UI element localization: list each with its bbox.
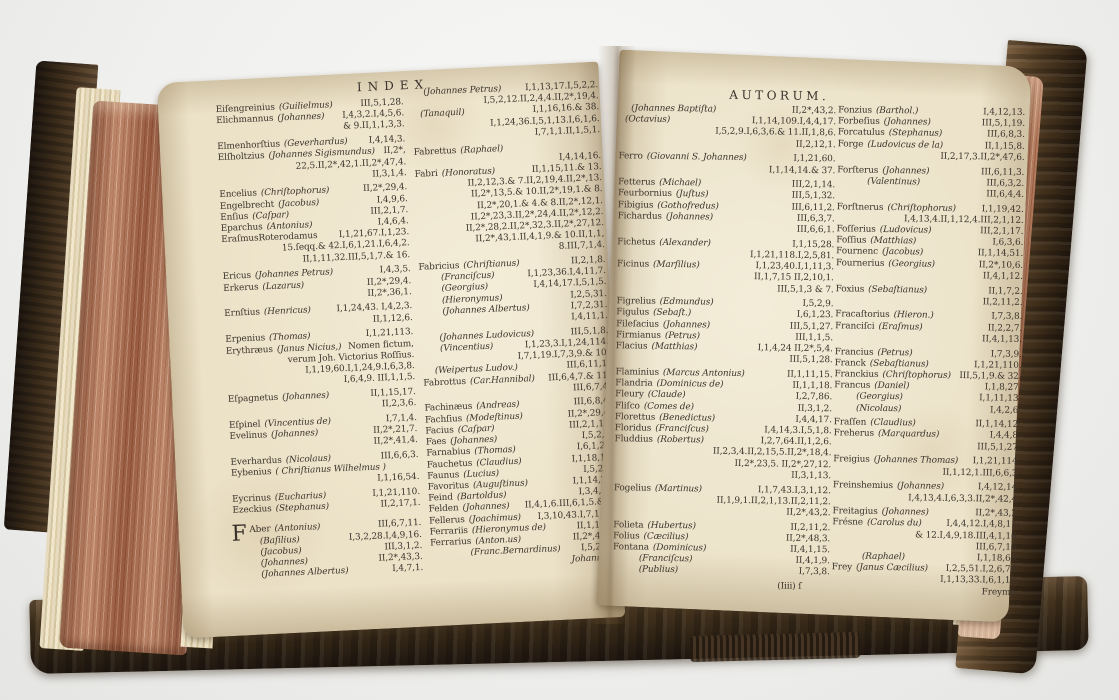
index-entry-line: II,1,12,1.III,6,6,3. [833, 466, 1020, 480]
entry-references: I,1,21,114. [973, 457, 1021, 469]
entry-forename-italic: (Johannes) [882, 165, 929, 177]
entry-references: III,5,1,3 & 7. [777, 284, 834, 296]
entry-references: 8.III,7,1,4. [559, 240, 605, 253]
entry-references: II,2*,41,4. [373, 435, 418, 448]
entry-surname: Fluddius [614, 434, 653, 446]
entry-references: I,1,18,69. [977, 553, 1019, 565]
left-page-column-1: Eiſengreinius(Guilielmus)III,5,1,28.Elic… [216, 97, 424, 582]
entry-surname: Forſterus [837, 165, 878, 177]
entry-name-group: (Nicolaus) [856, 403, 905, 415]
entry-surname: Fleury [615, 390, 644, 402]
entry-forename-italic: (Michael) [659, 178, 701, 190]
entry-forename-italic: (Johannes) [666, 212, 713, 224]
entry-surname: Aber [249, 525, 271, 537]
entry-forename-italic: (Benedictus) [659, 413, 715, 425]
entry-references: II,4,1,9. [795, 556, 829, 568]
entry-surname: Faes [426, 437, 447, 449]
entry-forename-italic: (Stephanus) [889, 128, 943, 140]
entry-forename-italic: (Raphael) [862, 552, 905, 564]
entry-references: III,6,3,7. [797, 214, 835, 226]
entry-references: I,1,21,110. [974, 360, 1022, 372]
entry-references: III,5,1,28. [789, 355, 832, 367]
entry-references: III,6,11,2. [791, 202, 834, 214]
entry-references: Freymo- [982, 587, 1019, 599]
entry-surname: Folieta [613, 520, 643, 532]
entry-forename-italic: (Octavius) [625, 115, 670, 127]
index-entry-line: III,6,6,1. [617, 222, 834, 236]
entry-references: I,1,11,13. [979, 394, 1021, 406]
index-entry-line: (Nicolaus)I,4,2,6. [834, 403, 1021, 417]
entry-surname: Fournenc [836, 247, 878, 259]
entry-forename-italic: (Gothofredus) [657, 200, 719, 212]
entry-references: II,3,1,2. [798, 403, 832, 415]
entry-forename-italic: (Marſilius) [653, 260, 700, 272]
entry-forename-italic: (Johannes Albertus) [261, 566, 349, 581]
index-entry-line: III,5,1,27. [833, 440, 1020, 454]
entry-references: II,2,3,6. [382, 398, 417, 411]
entry-references: II,2*,36,1. [367, 287, 412, 300]
entry-surname: Firmianus [616, 330, 661, 342]
entry-surname: Frésne [832, 518, 863, 530]
entry-references: III,5,1,27. [790, 321, 833, 333]
entry-forename-italic: (Hieron.) [894, 311, 934, 323]
entry-references: I,7,3,9. [991, 349, 1022, 361]
entry-surname: Fetterus [618, 177, 655, 189]
entry-references: I,6,3,6. [992, 238, 1023, 250]
entry-surname: Flacius [616, 341, 648, 353]
entry-references: (Iiii) ſ [777, 582, 801, 594]
entry-references: II,4,1,13. [982, 334, 1022, 346]
entry-name-group: (Johannes Albertus) [261, 566, 353, 581]
entry-name-group: (Valentinus) [867, 176, 924, 188]
index-entry-line: II,2*,43,2. [613, 505, 830, 519]
entry-forename-italic: (Publius) [639, 565, 678, 577]
entry-references: I,1,16,54. [377, 472, 419, 485]
entry-forename-italic: (Georgius) [856, 392, 903, 404]
entry-forename-italic: (Juſtus) [676, 189, 709, 201]
entry-references: II,2,17,3.II,2*,47,6. [940, 152, 1024, 164]
entry-forename-italic: (Marquardus) [878, 429, 939, 441]
entry-references: I,6,4,9. III,1,1,5. [344, 372, 416, 386]
entry-forename-italic: (Eraſmus) [878, 322, 922, 334]
index-entry-line: Freymo- [831, 585, 1018, 599]
entry-forename-italic: (Matthias) [651, 342, 697, 354]
entry-references: II,2*,43,2. [975, 508, 1019, 520]
entry-surname: Foſſius [836, 236, 866, 248]
entry-surname: Fraſſen [834, 418, 867, 430]
index-entry-line: (Publius)I,7,3,8. [613, 565, 830, 579]
entry-references: III,5,1,27. [977, 442, 1020, 454]
entry-references: II,1,11,15. [787, 370, 833, 382]
entry-references: I,4,14,3.I,5,1,8. [764, 425, 832, 437]
entry-references: III,1,1,5. [795, 333, 833, 345]
entry-forename-italic: (Alexander) [659, 238, 711, 250]
entry-references: & 9.II,1,1,3,3. [343, 120, 405, 134]
entry-references: II,3,1,4. [372, 168, 407, 181]
entry-surname: Fibigius [618, 200, 654, 212]
entry-forename-italic: (Sebaſt.) [653, 308, 691, 320]
entry-surname: Ezeckius [232, 504, 272, 517]
entry-references: III,6,3,2. [986, 178, 1024, 190]
entry-forename-italic: (Jacobus) [882, 247, 923, 259]
entry-forename-italic: (Claude) [648, 390, 686, 402]
entry-surname: Fonzius [838, 105, 872, 117]
entry-references: I,1,19,42. [982, 204, 1024, 216]
entry-surname: Florettus [615, 412, 655, 424]
entry-references: II,4,1,15. [790, 545, 830, 557]
entry-surname: Foſſerius [836, 224, 875, 236]
entry-surname: Folius [613, 531, 640, 543]
entry-name-group: (Georgius) [856, 392, 907, 404]
entry-name-group: (Octavius) [625, 115, 674, 127]
index-entry-line: III,5,1,3 & 7. [617, 282, 834, 296]
entry-surname: Flaminius [615, 367, 659, 379]
index-entry-line: II,3,1,13. [614, 468, 831, 482]
entry-surname: Franckius [834, 369, 878, 381]
entry-references: II,2*,10,6. [979, 260, 1023, 272]
left-page: INDEX Eiſengreinius(Guilielmus)III,5,1,2… [157, 62, 626, 639]
entry-forename-italic: (Johannes) [663, 320, 710, 332]
entry-forename-italic: (Carolus du) [867, 518, 922, 530]
index-entry-line: II,2,12,1. [619, 137, 836, 151]
entry-references: II,2,11,2. [790, 522, 830, 534]
entry-references: III,6,6,1. [797, 225, 835, 237]
entry-references: II,2,12,1. [796, 139, 836, 151]
entry-surname: Fontana [613, 542, 649, 554]
entry-references: III,5,1,9.& 32. [959, 371, 1021, 383]
entry-references: II,2*,48,3. [786, 533, 830, 545]
entry-references: I,7,3,8. [991, 312, 1022, 324]
entry-references: II,3,1,13. [791, 470, 831, 482]
entry-references: III,5,1,19. [982, 119, 1025, 131]
entry-references: II,1,7,2. [988, 286, 1022, 298]
index-entry-line: III,6,4,4. [837, 187, 1024, 201]
entry-references: III,6,8,3. [987, 130, 1025, 142]
entry-references: II,2,2,7. [988, 323, 1022, 335]
entry-surname: Foxius [836, 284, 865, 296]
entry-forename-italic: (Chriſtophorus) [887, 203, 956, 215]
entry-references: III,2,1,17. [980, 226, 1023, 238]
entry-forename-italic: (Comes de) [644, 401, 694, 413]
entry-references: I,2,7,86. [796, 392, 833, 404]
entry-surname: Francius [835, 347, 874, 359]
entry-references: II,1,14,12. [975, 420, 1021, 432]
right-page-text: AUTORUM. (Johannes Baptiſta)II,2*,43,2.(… [604, 55, 1024, 617]
entry-surname: Fracaſtorius [835, 310, 889, 322]
entry-surname: Feurbornius [618, 189, 672, 201]
entry-references: II,1,14,51. [978, 249, 1024, 261]
book-spine-edge [690, 632, 861, 662]
entry-references: II,1,1,18. [792, 381, 832, 393]
entry-references: III,6,4,4. [986, 189, 1024, 201]
entry-references: II,1,12,1.III,6,6,3. [942, 467, 1020, 479]
index-entry-line: II,4,1,12. [836, 269, 1023, 283]
entry-forename-italic: (Matthias) [870, 236, 916, 248]
entry-surname: Frey [832, 562, 852, 573]
entry-references: I,4,13,4.I,6,3,3.II,2*,42,4. [908, 493, 1020, 506]
entry-surname: Ferro [618, 152, 642, 164]
entry-surname: Ficinus [617, 259, 649, 271]
right-page-column-2: Fonzius(Barthol.)I,4,12,13.Forbeſius(Joh… [831, 105, 1025, 598]
entry-surname: Fournerius [836, 258, 884, 270]
entry-references: I,7,1,1.II,1,5,1. [535, 125, 601, 139]
entry-surname: Francus [834, 380, 870, 392]
entry-name-group: (Raphael) [862, 552, 909, 564]
entry-name-group: (Publius) [639, 565, 682, 577]
right-page: AUTORUM. (Johannes Baptiſta)II,2*,43,2.(… [597, 50, 1032, 623]
entry-forename-italic: (Cæcilius) [643, 531, 688, 543]
entry-references: I,7,3,8. [799, 567, 830, 579]
entry-references: III,2,1,14. [792, 180, 835, 192]
entry-forename-italic: (Martinus) [655, 483, 702, 495]
entry-surname: Fichetus [617, 237, 655, 249]
entry-surname: Freigius [833, 455, 870, 467]
entry-surname: Figulus [616, 308, 649, 320]
entry-surname: Fliſco [615, 401, 640, 413]
entry-surname: Forcatulus [838, 128, 885, 140]
entry-forename-italic: (Sebaſtianus) [870, 359, 929, 371]
photo-backdrop: INDEX Eiſengreinius(Guilielmus)III,5,1,2… [0, 0, 1119, 700]
entry-forename-italic: (Nicolaus) [856, 403, 901, 415]
entry-references: I,4,4,8. [990, 431, 1021, 443]
entry-forename-italic: (Petrus) [665, 331, 700, 343]
entry-references: I,4,11,1. [571, 311, 608, 324]
entry-forename-italic: (Georgius) [888, 259, 935, 271]
entry-references: II,2*,43,2. [786, 508, 830, 520]
entry-surname: Fogelius [614, 483, 651, 495]
entry-surname: Fichardus [618, 211, 662, 223]
entry-surname: Forbeſius [838, 117, 880, 129]
entry-references: I,4,2,6. [990, 405, 1021, 417]
entry-surname: Freherus [834, 429, 874, 441]
entry-forename-italic: (Hubertus) [647, 520, 696, 532]
index-entry-line: II,4,1,13. [835, 332, 1022, 346]
entry-surname: Franck [835, 358, 866, 370]
entry-surname: Fileſacius [616, 319, 659, 331]
entry-surname: Freinshemius [833, 481, 893, 493]
right-page-header: AUTORUM. [729, 88, 829, 103]
entry-references: I,4,4,17. [795, 415, 832, 427]
index-entry-line: II,2,17,3.II,2*,47,6. [837, 150, 1024, 164]
entry-references: II,2,11,2. [983, 297, 1023, 309]
entry-forename-italic: (Valentinus) [867, 176, 920, 188]
entry-references: III,6,11,3. [981, 167, 1024, 179]
entry-references: II,2,17,1. [380, 498, 420, 511]
entry-forename-italic: (Petrus) [877, 347, 912, 359]
index-entry-line: III,5,1,28. [616, 352, 833, 366]
entry-surname: Forge [838, 139, 864, 151]
index-entry-line: I,1,14,14.& 37. [618, 163, 835, 177]
left-page-text: INDEX Eiſengreinius(Guilielmus)III,5,1,2… [159, 63, 624, 637]
entry-forename-italic: (Sebaſtianus) [868, 284, 927, 296]
entry-references: I,1,14,14.& 37. [769, 165, 836, 177]
entry-references: I,5,2,9. [802, 299, 833, 311]
index-entry-line: I,4,13,4.I,6,3,3.II,2*,42,4. [833, 492, 1020, 506]
left-page-column-2: (Johannes Petrus)I,1,13,17.I,5,2,2.I,5,2… [411, 80, 618, 572]
entry-references: I,4,12,13. [983, 107, 1025, 119]
right-page-column-1: (Johannes Baptiſta)II,2*,43,2.(Octavius)… [612, 103, 836, 593]
index-entry-line: (Iiii) ſ [612, 579, 829, 593]
entry-references: II,1,12,6. [373, 313, 413, 326]
entry-forename-italic: (Barthol.) [876, 106, 918, 118]
entry-references: I,1,8,27. [985, 383, 1022, 395]
entry-references: I,1,21,60. [793, 154, 835, 166]
entry-forename-italic: (Stephanus) [275, 502, 329, 515]
entry-surname: Franciſci [835, 321, 875, 333]
entry-references: II,4,1,12. [983, 271, 1023, 283]
entry-references: II,1,15,8. [985, 141, 1025, 153]
entry-references: I,1,15,28. [792, 239, 834, 251]
entry-references: II,2*,43,2. [792, 106, 836, 118]
entry-references: I,4,12,14. [978, 483, 1020, 495]
entry-references: III,5,1,32. [792, 191, 835, 203]
entry-surname: Floridus [615, 423, 652, 435]
entry-references: I,6,1,23. [797, 310, 834, 322]
index-entry-line: II,2,11,2. [835, 295, 1022, 309]
entry-surname: Flandria [615, 378, 652, 390]
entry-surname: Figrelius [616, 296, 655, 308]
entry-references: III,6,7,16. [976, 542, 1019, 554]
entry-forename-italic: (Johannes) [897, 481, 944, 493]
entry-forename-italic: (Robertus) [657, 435, 704, 447]
entry-references: I,4,7,1. [392, 563, 423, 575]
entry-surname: Forſtnerus [837, 202, 884, 214]
